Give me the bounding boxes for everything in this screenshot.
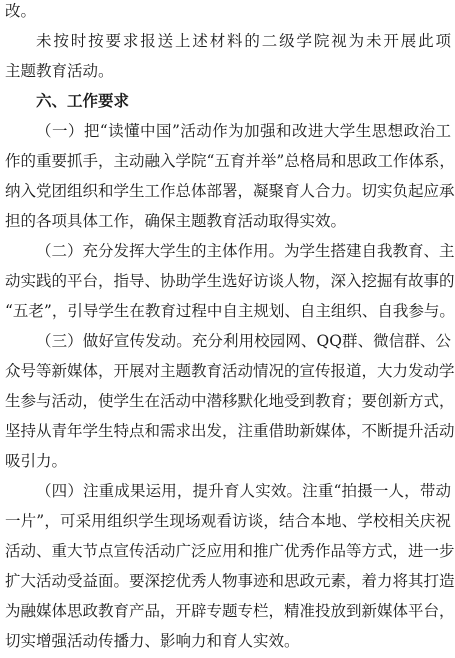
text-line: 吸引力。: [5, 450, 451, 472]
text-line: （三）做好宣传发动。充分利用校园网、QQ群、微信群、公: [36, 330, 451, 352]
text-line: （四）注重成果运用，提升育人实效。注重“拍摄一人，带动: [36, 480, 451, 502]
text-line: （一）把“读懂中国”活动作为加强和改进大学生思想政治工: [36, 120, 451, 142]
section-heading: 六、工作要求: [36, 90, 451, 112]
text-line: 众号等新媒体，开展对主题教育活动情况的宣传报道，大力发动学: [5, 360, 451, 382]
text-line: 生参与活动，使学生在活动中潜移默化地受到教育；要创新方式，: [5, 390, 451, 412]
text-line: 改。: [5, 0, 451, 22]
text-line: 活动、重大节点宣传活动广泛应用和推广优秀作品等方式，进一步: [5, 540, 451, 562]
text-line: 为融媒体思政教育产品，开辟专题专栏，精准投放到新媒体平台，: [5, 600, 451, 622]
text-line: 担的各项具体工作，确保主题教育活动取得实效。: [5, 210, 451, 232]
text-line: 切实增强活动传播力、影响力和育人实效。: [5, 630, 451, 652]
text-line: “五老”，引导学生在教育过程中自主规划、自主组织、自我参与。: [5, 300, 451, 322]
text-line: 坚持从青年学生特点和需求出发，注重借助新媒体，不断提升活动: [5, 420, 451, 442]
text-line: 主题教育活动。: [5, 60, 451, 82]
text-line: 未按时按要求报送上述材料的二级学院视为未开展此项: [36, 30, 451, 52]
document-page: 改。 未按时按要求报送上述材料的二级学院视为未开展此项 主题教育活动。 六、工作…: [0, 0, 455, 658]
text-line: 动实践的平台，指导、协助学生选好访谈人物，深入挖掘有故事的: [5, 270, 451, 292]
text-line: （二）充分发挥大学生的主体作用。为学生搭建自我教育、主: [36, 240, 451, 262]
text-line: 纳入党团组织和学生工作总体部署，凝聚育人合力。切实负起应承: [5, 180, 451, 202]
text-line: 作的重要抓手，主动融入学院“五育并举”总格局和思政工作体系，: [5, 150, 451, 172]
text-line: 一片”，可采用组织学生现场观看访谈，结合本地、学校相关庆祝: [5, 510, 451, 532]
text-line: 扩大活动受益面。要深挖优秀人物事迹和思政元素，着力将其打造: [5, 570, 451, 592]
